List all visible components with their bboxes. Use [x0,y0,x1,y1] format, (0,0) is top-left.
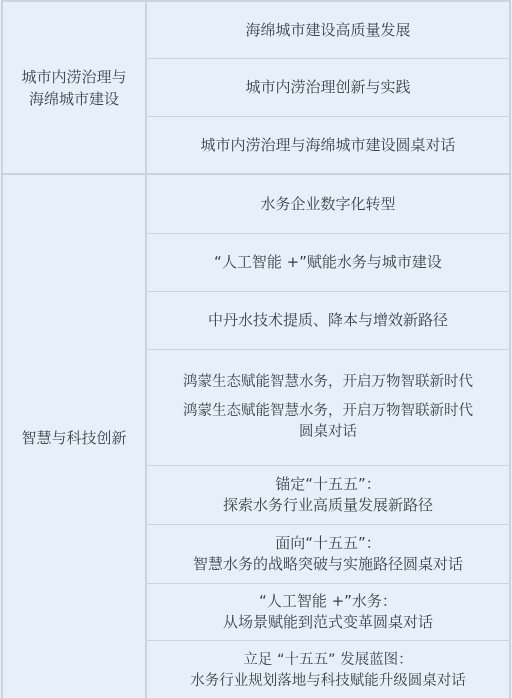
session-title: 海绵城市建设高质量发展 [245,20,410,41]
session-title: 城市内涝治理与海绵城市建设圆桌对话 [200,135,455,156]
agenda-group-urban-waterlogging: 城市内涝治理与 海绵城市建设 海绵城市建设高质量发展 城市内涝治理创新与实践 城… [3,2,509,175]
session-title: 锚定“十五五”： [275,474,381,495]
session-title: 从场景赋能到范式变革圆桌对话 [223,612,433,633]
session-list: 海绵城市建设高质量发展 城市内涝治理创新与实践 城市内涝治理与海绵城市建设圆桌对… [147,2,509,173]
session-row: 城市内涝治理创新与实践 [147,59,509,117]
session-title: 中丹水技术提质、降本与增效新路径 [208,310,448,331]
session-title: 鸿蒙生态赋能智慧水务，开启万物智联新时代 [183,372,473,393]
session-row: 海绵城市建设高质量发展 [147,2,509,59]
session-row: 立足 “十五五” 发展蓝图： 水务行业规划落地与科技赋能升级圆桌对话 [147,641,509,698]
session-row: “人工智能 +”赋能水务与城市建设 [147,234,509,292]
session-title: 城市内涝治理创新与实践 [245,77,410,98]
session-title: 水务行业规划落地与科技赋能升级圆桌对话 [190,671,466,692]
session-row: 中丹水技术提质、降本与增效新路径 [147,292,509,350]
group-label: 城市内涝治理与 海绵城市建设 [3,2,147,173]
session-row: 水务企业数字化转型 [147,175,509,234]
agenda-table: 城市内涝治理与 海绵城市建设 海绵城市建设高质量发展 城市内涝治理创新与实践 城… [1,0,511,698]
session-row: 面向“十五五”： 智慧水务的战略突破与实施路径圆桌对话 [147,525,509,584]
session-title: 鸿蒙生态赋能智慧水务，开启万物智联新时代 [183,401,473,422]
session-row: 锚定“十五五”： 探索水务行业高质量发展新路径 [147,466,509,525]
session-list: 水务企业数字化转型 “人工智能 +”赋能水务与城市建设 中丹水技术提质、降本与增… [147,175,509,698]
session-title: 水务企业数字化转型 [260,194,395,215]
session-title: “人工智能 +”水务： [259,591,397,612]
session-title: 探索水务行业高质量发展新路径 [223,495,433,516]
group-label: 智慧与科技创新 [3,175,147,698]
agenda-group-smart-tech: 智慧与科技创新 水务企业数字化转型 “人工智能 +”赋能水务与城市建设 中丹水技… [3,175,509,698]
session-row: 鸿蒙生态赋能智慧水务，开启万物智联新时代 鸿蒙生态赋能智慧水务，开启万物智联新时… [147,350,509,466]
session-title: 圆桌对话 [299,422,357,443]
session-row: “人工智能 +”水务： 从场景赋能到范式变革圆桌对话 [147,584,509,641]
session-row: 城市内涝治理与海绵城市建设圆桌对话 [147,117,509,173]
session-title: “人工智能 +”赋能水务与城市建设 [214,252,442,273]
session-title: 面向“十五五”： [275,533,381,554]
session-title: 立足 “十五五” 发展蓝图： [243,650,412,671]
session-title: 智慧水务的战略突破与实施路径圆桌对话 [193,554,463,575]
